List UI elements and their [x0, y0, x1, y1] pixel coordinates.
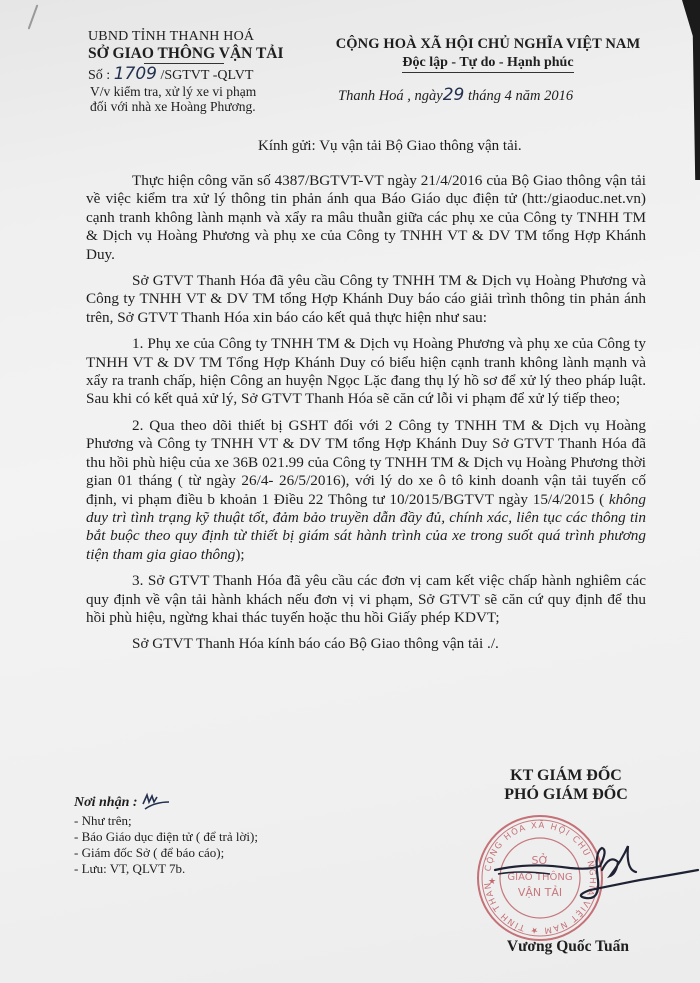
paragraph-item-1: 1. Phụ xe của Công ty TNHH TM & Dịch vụ …: [86, 335, 646, 409]
date-day-handwritten: 29: [443, 85, 465, 105]
national-motto: Độc lập - Tự do - Hạnh phúc: [402, 55, 573, 73]
recipient-item: - Như trên;: [74, 813, 258, 829]
national-header: CỘNG HOÀ XÃ HỘI CHỦ NGHĨA VIỆT NAM Độc l…: [318, 36, 658, 105]
agency-name: SỞ GIAO THÔNG VẬN TẢI: [88, 45, 318, 62]
paragraph-intro: Thực hiện công văn số 4387/BGTVT-VT ngày…: [86, 172, 646, 264]
subject-line-2: đối với nhà xe Hoàng Phương.: [88, 99, 318, 114]
item-2-text: 2. Qua theo dõi thiết bị GSHT đối với 2 …: [86, 417, 646, 508]
document-number: Số : 1709 /SGTVT -QLVT: [88, 66, 318, 84]
paragraph-item-2: 2. Qua theo dõi thiết bị GSHT đối với 2 …: [86, 417, 646, 564]
recipients-title: Nơi nhận :: [74, 792, 258, 811]
paragraph-item-3: 3. Sở GTVT Thanh Hóa đã yêu cầu các đơn …: [86, 572, 646, 627]
signer-name: Vương Quốc Tuấn: [478, 938, 658, 956]
signature-title-1: KT GIÁM ĐỐC: [476, 766, 656, 785]
signature-titles: KT GIÁM ĐỐC PHÓ GIÁM ĐỐC: [476, 766, 656, 804]
nation-title: CỘNG HOÀ XÃ HỘI CHỦ NGHĨA VIỆT NAM: [318, 36, 658, 53]
subject-line-1: V/v kiểm tra, xử lý xe vi phạm: [88, 84, 318, 99]
date-suffix: tháng 4 năm 2016: [468, 88, 573, 104]
issuer-header: UBND TỈNH THANH HOÁ SỞ GIAO THÔNG VẬN TẢ…: [88, 28, 318, 114]
paragraph-request: Sở GTVT Thanh Hóa đã yêu cầu Công ty TNH…: [86, 272, 646, 327]
recipients-list: Nơi nhận : - Như trên; - Báo Giáo dục đi…: [74, 792, 258, 877]
handwritten-signature-icon: [490, 840, 700, 910]
doc-number-suffix: /SGTVT -QLVT: [160, 68, 253, 83]
date-prefix: Thanh Hoá , ngày: [338, 88, 443, 104]
letter-body: Thực hiện công văn số 4387/BGTVT-VT ngày…: [86, 172, 646, 662]
date-line: Thanh Hoá , ngày29 tháng 4 năm 2016: [318, 85, 658, 105]
signature-title-2: PHÓ GIÁM ĐỐC: [476, 785, 656, 804]
addressee-line: Kính gửi: Vụ vận tải Bộ Giao thông vận t…: [258, 138, 522, 155]
staple-mark: [28, 4, 39, 29]
recipient-item: - Giám đốc Sở ( để báo cáo);: [74, 845, 258, 861]
paragraph-closing: Sở GTVT Thanh Hóa kính báo cáo Bộ Giao t…: [86, 635, 646, 653]
recipient-item: - Lưu: VT, QLVT 7b.: [74, 861, 258, 877]
initials-scribble-icon: [141, 792, 171, 810]
doc-number-handwritten: 1709: [114, 64, 157, 84]
background-shadow: [660, 0, 700, 180]
recipients-title-text: Nơi nhận :: [74, 795, 138, 810]
item-2-end: );: [235, 546, 244, 563]
parent-agency: UBND TỈNH THANH HOÁ: [88, 28, 318, 45]
doc-number-label: Số :: [88, 68, 110, 83]
scanned-document-page: UBND TỈNH THANH HOÁ SỞ GIAO THÔNG VẬN TẢ…: [0, 0, 700, 983]
recipient-item: - Báo Giáo dục điện tử ( để trả lời);: [74, 829, 258, 845]
